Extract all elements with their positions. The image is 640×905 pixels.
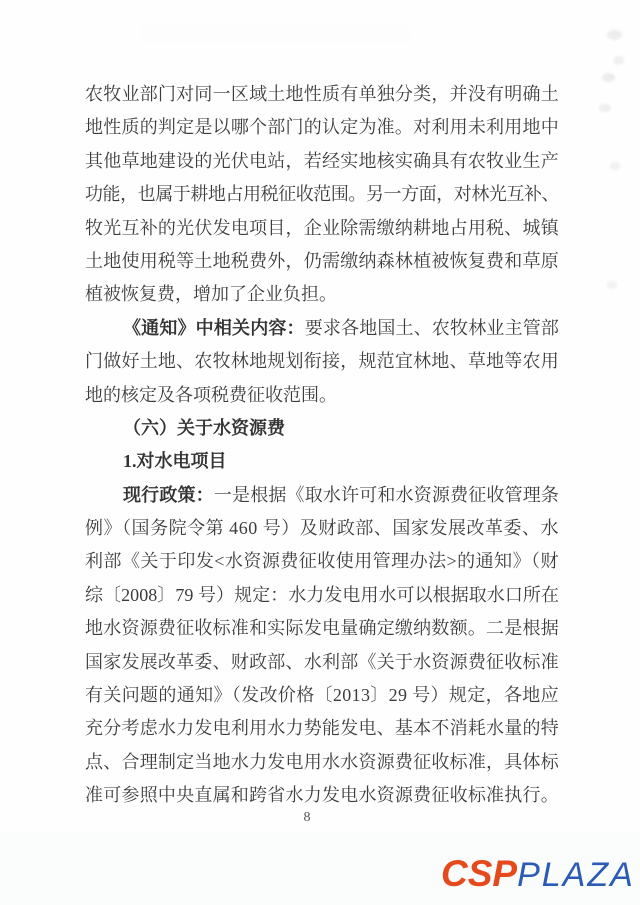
text-segment-bold: 现行政策： [123, 485, 214, 505]
text-segment-bold: 1.对水电项目 [123, 451, 227, 471]
text-segment: 准可参照中央直属和跨省水力发电水资源费征收标准执行。 [85, 785, 559, 805]
text-segment: 利部《关于印发<水资源费征收使用管理办法>的通知》（财 [85, 551, 559, 571]
cspplaza-logo: CSPPLAZA [441, 853, 635, 895]
page-number: 8 [85, 810, 529, 826]
text-segment-bold: 《通知》中相关内容： [123, 318, 305, 338]
scan-artifact [599, 104, 611, 112]
text-segment: 充分考虑水力发电利用水力势能发电、基本不消耗水量的特 [85, 718, 559, 738]
text-line: 准可参照中央直属和跨省水力发电水资源费征收标准执行。 [85, 779, 559, 812]
logo-csp-text: CSP [441, 853, 517, 894]
text-segment: 地水资源费征收标准和实际发电量确定缴纳数额。二是根据 [85, 618, 559, 638]
text-segment: 农牧业部门对同一区域土地性质有单独分类，并没有明确土 [85, 84, 559, 104]
document-lines: 农牧业部门对同一区域土地性质有单独分类，并没有明确土地性质的判定是以哪个部门的认… [85, 78, 559, 813]
scanned-document-page: { "page": { "number": "8" }, "document":… [0, 0, 640, 905]
text-line: 地水资源费征收标准和实际发电量确定缴纳数额。二是根据 [85, 612, 559, 645]
scan-artifact [602, 73, 615, 82]
text-segment: 功能，也属于耕地占用税征收范围。另一方面，对林光互补、 [85, 184, 559, 204]
text-segment: 国家发展改革委、财政部、水利部《关于水资源费征收标准 [85, 652, 559, 672]
text-segment: 地的核定及各项税费征收范围。 [85, 385, 337, 405]
document-page-background: 农牧业部门对同一区域土地性质有单独分类，并没有明确土地性质的判定是以哪个部门的认… [0, 0, 640, 905]
text-line: 《通知》中相关内容：要求各地国土、农牧林业主管部 [85, 312, 559, 345]
text-line: 充分考虑水力发电利用水力势能发电、基本不消耗水量的特 [85, 712, 559, 745]
text-segment-bold: （六）关于水资源费 [123, 418, 285, 438]
text-segment: 植被恢复费，增加了企业负担。 [85, 284, 337, 304]
text-segment: 点、合理制定当地水力发电用水水资源费征收标准，具体标 [85, 752, 559, 772]
text-line: 牧光互补的光伏发电项目，企业除需缴纳耕地占用税、城镇 [85, 212, 559, 245]
text-segment: 土地使用税等土地税费外，仍需缴纳森林植被恢复费和草原 [85, 251, 559, 271]
text-line: 1.对水电项目 [85, 445, 559, 478]
text-line: 土地使用税等土地税费外，仍需缴纳森林植被恢复费和草原 [85, 245, 559, 278]
scan-artifact [610, 162, 620, 170]
text-segment: 综〔2008〕79 号）规定：水力发电用水可以根据取水口所在 [85, 585, 559, 605]
text-line: 其他草地建设的光伏电站，若经实地核实确具有农牧业生产 [85, 145, 559, 178]
text-line: 门做好土地、农牧林地规划衔接，规范宜林地、草地等农用 [85, 345, 559, 378]
text-segment: 一是根据《取水许可和水资源费征收管理条 [214, 485, 559, 505]
text-segment: 要求各地国土、农牧林业主管部 [305, 318, 559, 338]
text-line: （六）关于水资源费 [85, 412, 559, 445]
text-line: 地性质的判定是以哪个部门的认定为准。对利用未利用地中 [85, 111, 559, 144]
text-line: 利部《关于印发<水资源费征收使用管理办法>的通知》（财 [85, 545, 559, 578]
text-segment: 其他草地建设的光伏电站，若经实地核实确具有农牧业生产 [85, 151, 559, 171]
text-line: 综〔2008〕79 号）规定：水力发电用水可以根据取水口所在 [85, 579, 559, 612]
text-line: 地的核定及各项税费征收范围。 [85, 379, 559, 412]
scan-artifact [140, 25, 410, 43]
text-line: 点、合理制定当地水力发电用水水资源费征收标准，具体标 [85, 746, 559, 779]
text-line: 例》（国务院令第 460 号）及财政部、国家发展改革委、水 [85, 512, 559, 545]
text-segment: 地性质的判定是以哪个部门的认定为准。对利用未利用地中 [85, 117, 559, 137]
text-segment: 门做好土地、农牧林地规划衔接，规范宜林地、草地等农用 [85, 351, 559, 371]
text-line: 国家发展改革委、财政部、水利部《关于水资源费征收标准 [85, 646, 559, 679]
scan-artifact [607, 281, 617, 289]
text-line: 有关问题的通知》（发改价格〔2013〕29 号）规定，各地应 [85, 679, 559, 712]
text-line: 植被恢复费，增加了企业负担。 [85, 278, 559, 311]
scan-artifact [607, 30, 622, 40]
text-line: 现行政策：一是根据《取水许可和水资源费征收管理条 [85, 479, 559, 512]
text-segment: 有关问题的通知》（发改价格〔2013〕29 号）规定，各地应 [85, 685, 559, 705]
text-line: 功能，也属于耕地占用税征收范围。另一方面，对林光互补、 [85, 178, 559, 211]
text-segment: 牧光互补的光伏发电项目，企业除需缴纳耕地占用税、城镇 [85, 218, 559, 238]
logo-plaza-text: PLAZA [517, 856, 635, 894]
scan-artifact [613, 56, 624, 65]
text-segment: 例》（国务院令第 460 号）及财政部、国家发展改革委、水 [85, 518, 559, 538]
text-line: 农牧业部门对同一区域土地性质有单独分类，并没有明确土 [85, 78, 559, 111]
